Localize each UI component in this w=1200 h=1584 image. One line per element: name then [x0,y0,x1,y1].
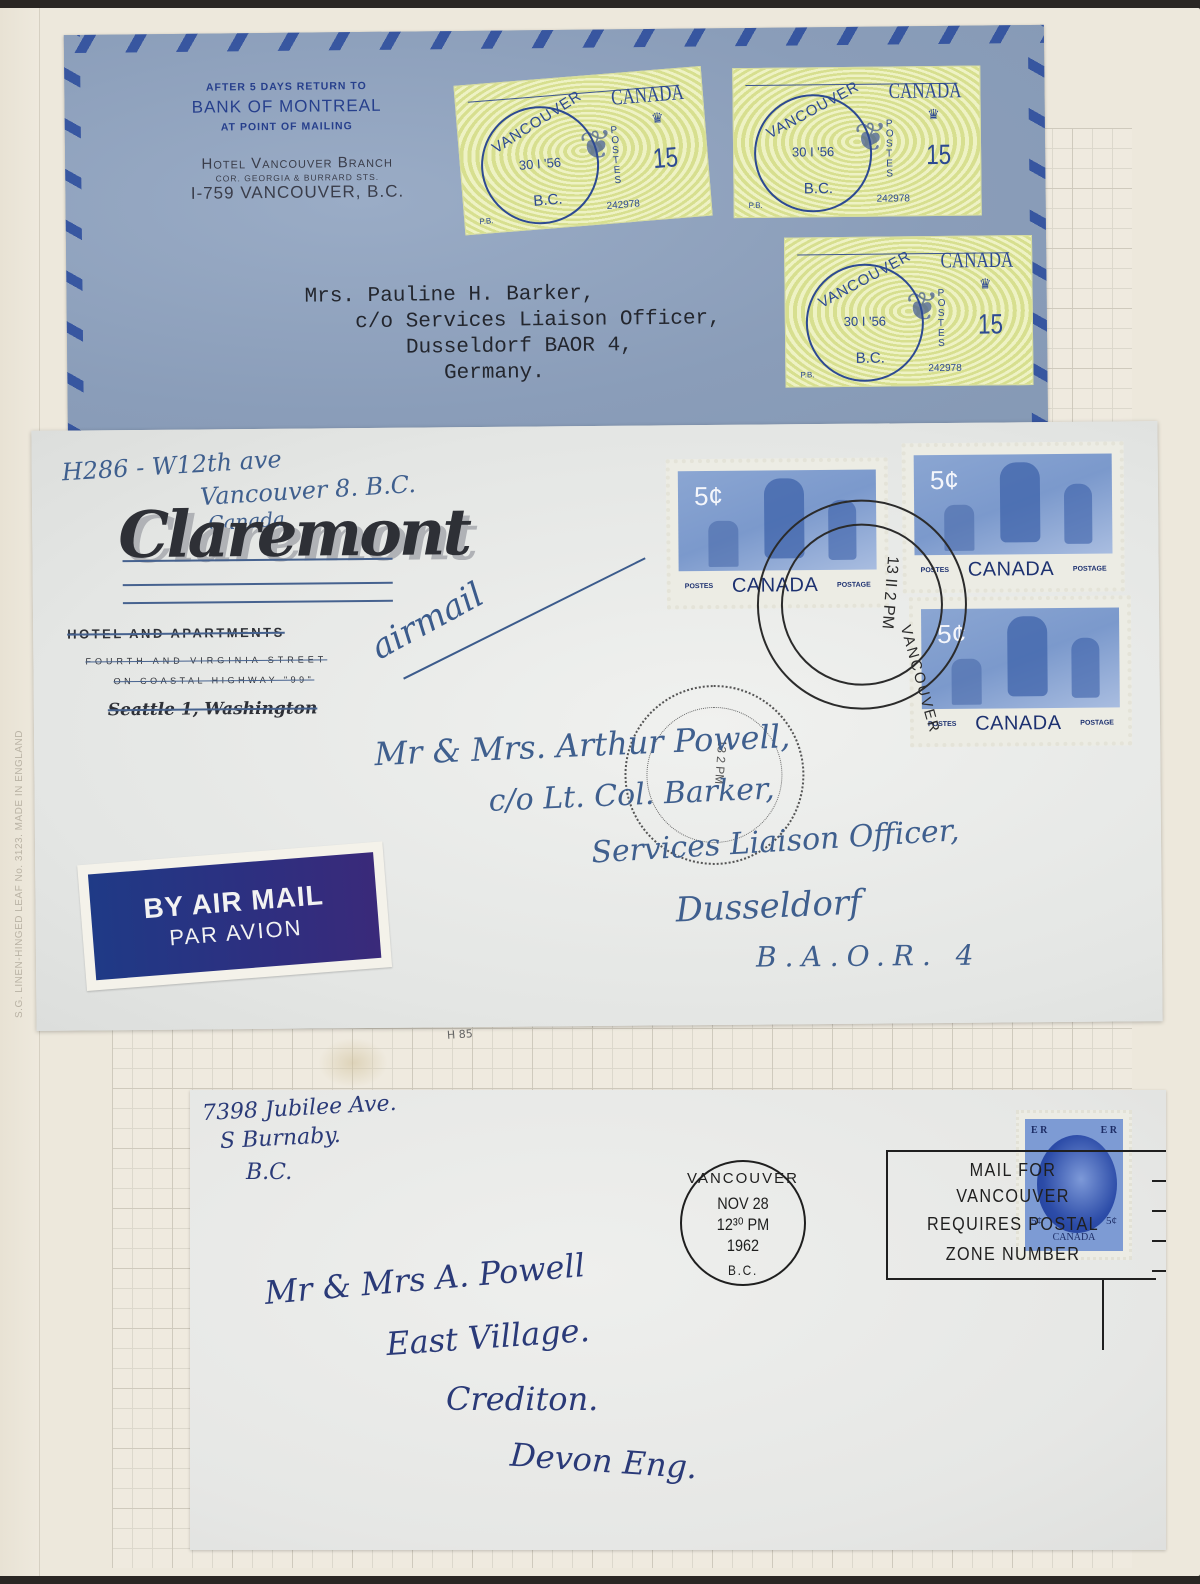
leaf-imprint: S.G. LINEN-HINGED LEAF No. 3123. MADE IN… [14,730,25,1018]
letterhead-line: Seattle 1, Washington [108,698,318,720]
sender-line: S Burnaby. [219,1123,341,1154]
recipient-line: Dusseldorf [675,882,863,930]
meter-stamp: ❦ VANCOUVER 30 I '56 B.C. CANADA ♛ POSTE… [732,66,982,219]
crown-icon: ♛ [927,107,940,124]
sender-line: 7398 Jubilee Ave. [201,1091,397,1126]
recipient-line: Crediton. [446,1380,598,1418]
meter-stamp: ❦ VANCOUVER 30 I '56 B.C. CANADA ♛ POSTE… [784,235,1034,388]
by-air-mail-label: BY AIR MAIL PAR AVION [77,841,392,991]
letterhead-line: HOTEL AND APARTMENTS [67,625,285,642]
photo-scene: S.G. LINEN-HINGED LEAF No. 3123. MADE IN… [0,0,1200,1584]
typed-recipient: Mrs. Pauline H. Barker, c/o Services Lia… [304,280,721,388]
slogan-cancel: MAIL FOR VANCOUVER REQUIRES POSTAL ZONE … [886,1150,1156,1280]
crown-icon: ♛ [651,110,665,128]
vancouver-cds-postmark: VANCOUVER NOV 28 12³⁰ PM 1962 B.C. [680,1160,806,1286]
letterhead-line: ON COASTAL HIGHWAY "99" [114,674,315,686]
recipient-line: East Village. [385,1311,591,1363]
cover-claremont-hotel: H286 - W12th ave Vancouver 8. B.C. Canad… [31,421,1162,1031]
branch-handstamp: Hotel Vancouver Branch COR. GEORGIA & BU… [147,153,447,204]
sender-line: B.C. [246,1160,292,1185]
recipient-line: B.A.O.R. 4 [756,939,982,974]
meter-stamp: ❦ VANCOUVER 30 I '56 B.C. CANADA ♛ POSTE… [453,66,712,235]
crown-icon: ♛ [979,276,992,293]
letterhead-line: FOURTH AND VIRGINIA STREET [85,654,327,666]
recipient-line: Devon Eng. [509,1436,699,1487]
hinge-stain [318,1038,388,1088]
pencil-note: H 85 [447,1027,474,1042]
cancel-tick [1102,1280,1104,1350]
cancel-bars [1152,1150,1166,1280]
cover-bank-of-montreal: AFTER 5 DAYS RETURN TO BANK OF MONTREAL … [64,25,1048,455]
recipient-line: Mr & Mrs A. Powell [263,1246,586,1312]
cover-burnaby-to-crediton: 7398 Jubilee Ave. S Burnaby. B.C. VANCOU… [190,1090,1166,1550]
return-address: AFTER 5 DAYS RETURN TO BANK OF MONTREAL … [126,79,447,134]
strike-through-lines [122,548,393,610]
